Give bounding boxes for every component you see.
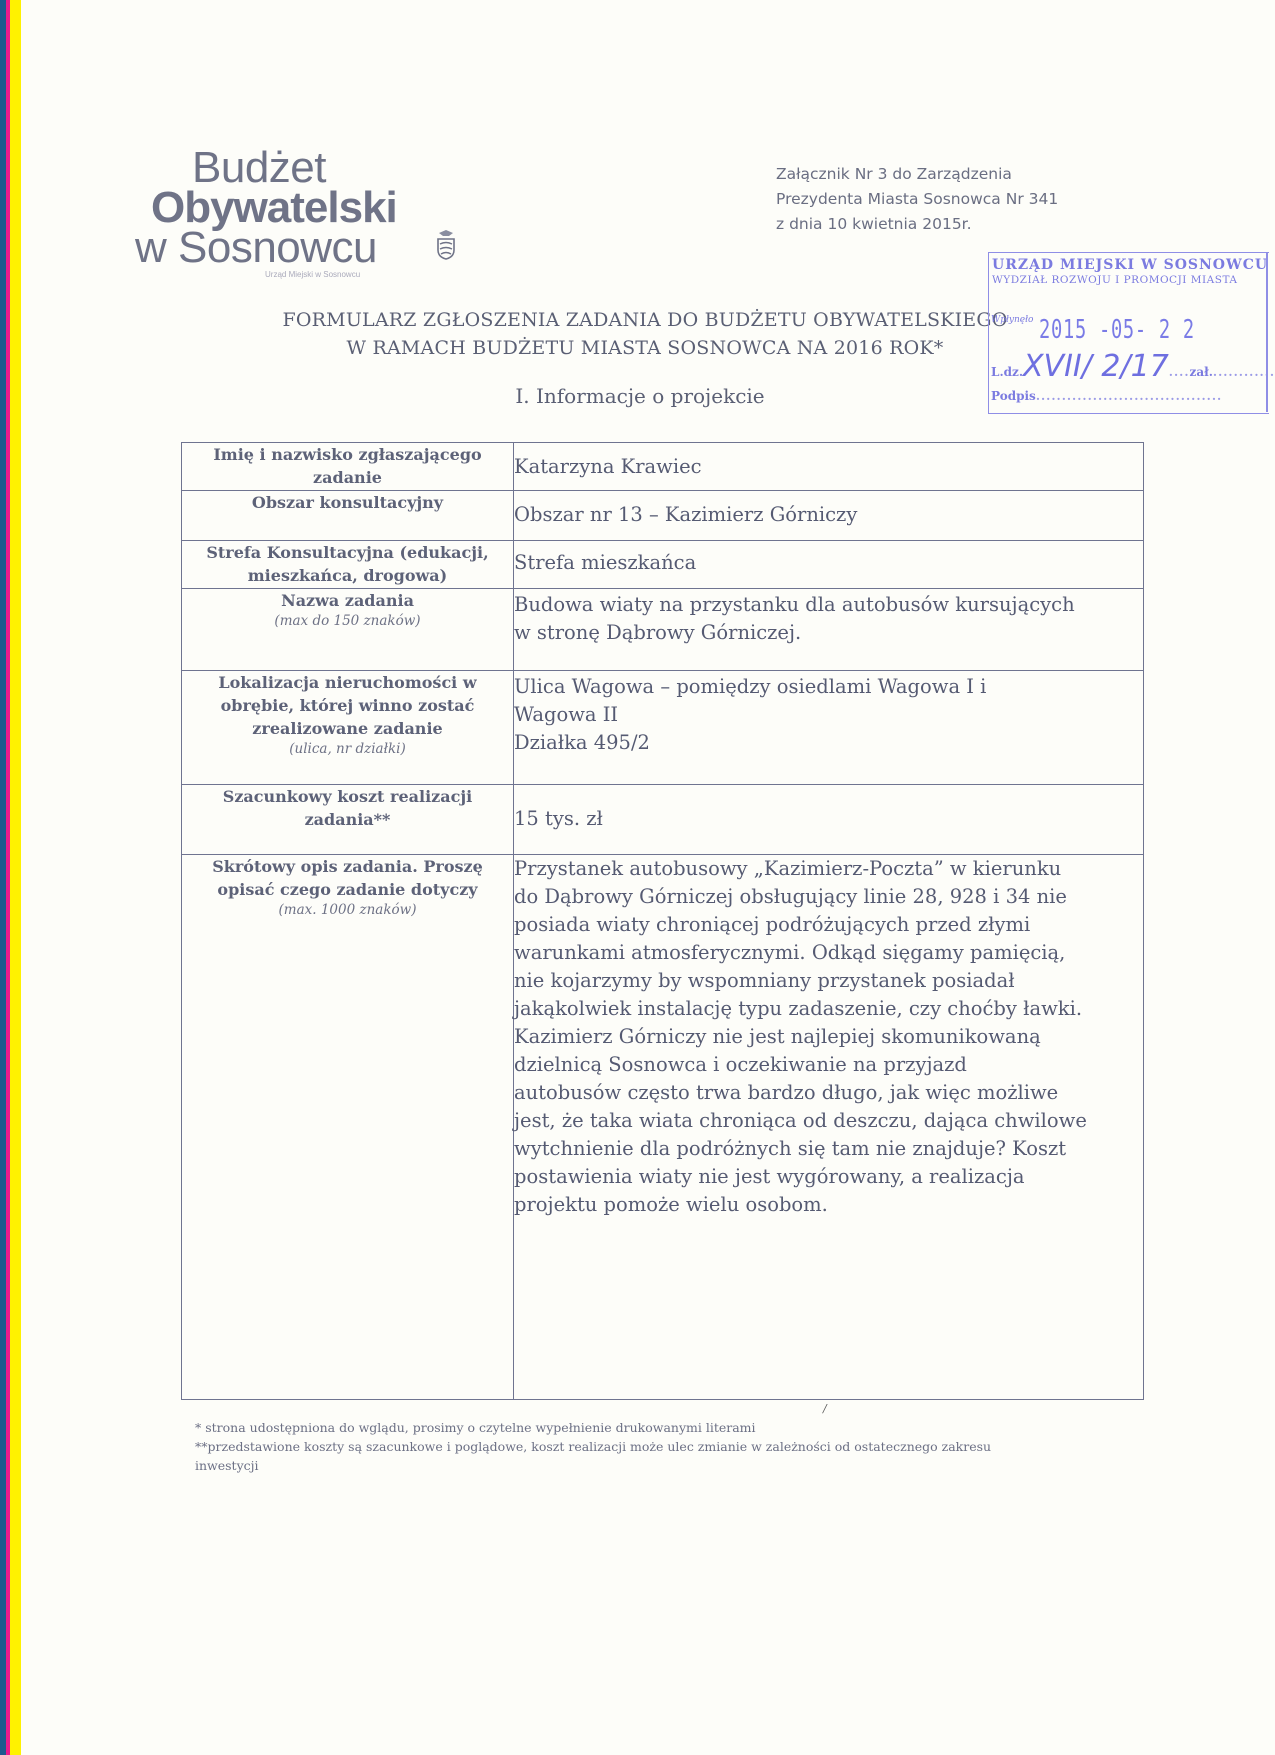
footnote-1: * strona udostępniona do wglądu, prosimy… (195, 1418, 991, 1437)
form-title-line-1: FORMULARZ ZGŁOSZENIA ZADANIA DO BUDŻETU … (280, 306, 1010, 334)
section-title: I. Informacje o projekcie (300, 384, 980, 408)
table-row: Strefa Konsultacyjna (edukacji, mieszkań… (182, 541, 1144, 589)
annex-line-3: z dnia 10 kwietnia 2015r. (776, 212, 1058, 237)
logo-line-1: Budżet (192, 148, 465, 188)
annex-reference: Załącznik Nr 3 do Zarządzenia Prezydenta… (776, 162, 1058, 237)
row-hint: (ulica, nr działki) (182, 740, 513, 759)
row-hint: (max. 1000 znaków) (182, 901, 513, 920)
row-value: Strefa mieszkańca (514, 541, 1144, 589)
table-row: Skrótowy opis zadania. Proszę opisać cze… (182, 855, 1144, 1400)
row-label: Szacunkowy koszt realizacji zadania** (182, 785, 514, 855)
table-row: Imię i nazwisko zgłaszającego zadanie Ka… (182, 443, 1144, 491)
form-title-line-2: W RAMACH BUDŻETU MIASTA SOSNOWCA NA 2016… (280, 334, 1010, 362)
stamp-ldz-value: XVII/ 2/17 (1023, 349, 1169, 384)
stamp-department: WYDZIAŁ ROZWOJU I PROMOCJI MIASTA (992, 274, 1269, 286)
logo-line-2: Obywatelski (151, 188, 465, 228)
stamp-received-date: 2015 -05- 2 2 (1039, 315, 1195, 345)
footnotes: * strona udostępniona do wglądu, prosimy… (195, 1418, 991, 1475)
row-value: 15 tys. zł (514, 785, 1144, 855)
project-info-table: Imię i nazwisko zgłaszającego zadanie Ka… (181, 442, 1144, 1400)
scan-edge-yellow (10, 0, 21, 1755)
logo-line-3: w Sosnowcu (135, 228, 465, 268)
row-label: Skrótowy opis zadania. Proszę opisać cze… (182, 855, 514, 1400)
row-value: Przystanek autobusowy „Kazimierz-Poczta”… (514, 855, 1144, 1400)
table-row: Nazwa zadania(max do 150 znaków) Budowa … (182, 589, 1144, 671)
table-row: Lokalizacja nieruchomości w obrębie, któ… (182, 671, 1144, 785)
stamp-office: URZĄD MIEJSKI W SOSNOWCU (992, 257, 1269, 273)
table-row: Obszar konsultacyjny Obszar nr 13 – Kazi… (182, 491, 1144, 541)
annex-line-1: Załącznik Nr 3 do Zarządzenia (776, 162, 1058, 187)
stamp-ldz-label: L.dz. (991, 365, 1023, 379)
row-label: Nazwa zadania(max do 150 znaków) (182, 589, 514, 671)
stamp-signature-label: Podpis (991, 389, 1036, 403)
row-label: Strefa Konsultacyjna (edukacji, mieszkań… (182, 541, 514, 589)
row-value: Ulica Wagowa – pomiędzy osiedlami Wagowa… (514, 671, 1144, 785)
annex-line-2: Prezydenta Miasta Sosnowca Nr 341 (776, 187, 1058, 212)
row-label: Imię i nazwisko zgłaszającego zadanie (182, 443, 514, 491)
table-row: Szacunkowy koszt realizacji zadania** 15… (182, 785, 1144, 855)
form-title: FORMULARZ ZGŁOSZENIA ZADANIA DO BUDŻETU … (280, 306, 1010, 362)
stamp-border-right (1266, 252, 1268, 412)
city-crest-icon (435, 230, 457, 260)
row-value: Budowa wiaty na przystanku dla autobusów… (514, 589, 1144, 671)
registry-stamp: URZĄD MIEJSKI W SOSNOWCU WYDZIAŁ ROZWOJU… (988, 252, 1269, 414)
budget-logo: Budżet Obywatelski w Sosnowcu Urząd Miej… (135, 148, 465, 279)
row-label: Obszar konsultacyjny (182, 491, 514, 541)
footnote-2-cont: inwestycji (195, 1456, 991, 1475)
row-hint: (max do 150 znaków) (182, 612, 513, 631)
stamp-received-label: Wpłynęło (991, 315, 1033, 325)
row-label: Lokalizacja nieruchomości w obrębie, któ… (182, 671, 514, 785)
footnote-2: **przedstawione koszty są szacunkowe i p… (195, 1437, 991, 1456)
stray-mark: / (823, 1402, 827, 1415)
row-value: Obszar nr 13 – Kazimierz Górniczy (514, 491, 1144, 541)
row-value: Katarzyna Krawiec (514, 443, 1144, 491)
stamp-ldz-suffix: zał. (1190, 365, 1213, 379)
